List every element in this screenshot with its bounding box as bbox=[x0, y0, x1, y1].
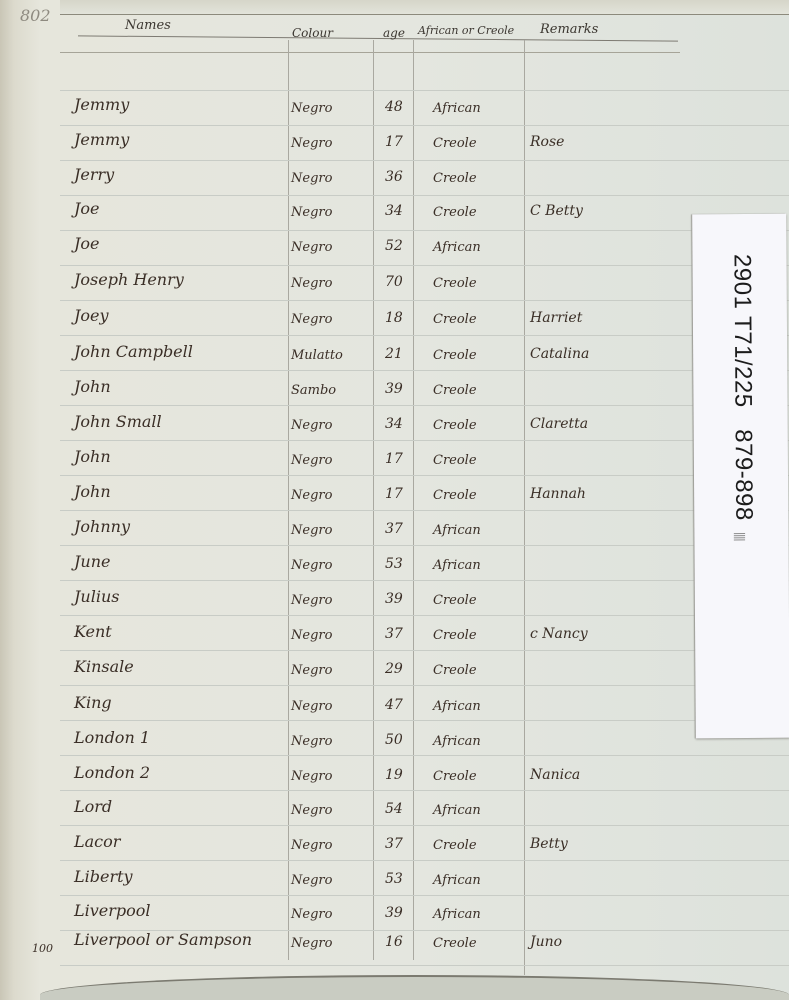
name-cell: King bbox=[74, 693, 112, 712]
colour-cell: Negro bbox=[291, 523, 332, 538]
table-row: 100Liverpool or SampsonNegro16CreoleJuno bbox=[0, 930, 789, 964]
name-cell: Liverpool bbox=[74, 901, 151, 920]
origin-cell: African bbox=[433, 803, 481, 818]
table-row: JohnNegro17CreoleHannah bbox=[0, 482, 789, 516]
page-bottom-edge bbox=[40, 975, 789, 1000]
table-row: John CampbellMulatto21CreoleCatalina bbox=[0, 342, 789, 376]
name-cell: Liverpool or Sampson bbox=[74, 930, 252, 949]
table-row: KentNegro37Creolec Nancy bbox=[0, 622, 789, 656]
origin-cell: Creole bbox=[433, 663, 477, 678]
page-top-edge bbox=[60, 0, 789, 15]
colour-cell: Negro bbox=[291, 136, 332, 151]
header-underline bbox=[60, 52, 680, 53]
age-cell: 39 bbox=[385, 905, 403, 921]
table-row: John SmallNegro34CreoleClaretta bbox=[0, 412, 789, 446]
ruled-line bbox=[60, 90, 789, 91]
name-cell: London 1 bbox=[74, 728, 150, 747]
origin-cell: Creole bbox=[433, 136, 477, 151]
name-cell: June bbox=[74, 552, 111, 571]
colour-cell: Negro bbox=[291, 628, 332, 643]
ledger-page: 802 Names Colour age African or Creole R… bbox=[0, 0, 789, 1000]
age-cell: 34 bbox=[385, 416, 403, 432]
age-cell: 34 bbox=[385, 203, 403, 219]
colour-cell: Negro bbox=[291, 803, 332, 818]
table-row: KingNegro47African bbox=[0, 693, 789, 727]
name-cell: Johnny bbox=[74, 517, 130, 536]
table-row: JohnNegro17Creole bbox=[0, 447, 789, 481]
remarks-cell: Harriet bbox=[530, 310, 582, 326]
archive-reference: 2901 T71/225 bbox=[728, 254, 756, 408]
age-cell: 18 bbox=[385, 310, 403, 326]
name-cell: John Campbell bbox=[74, 342, 193, 361]
table-row: LordNegro54African bbox=[0, 797, 789, 831]
origin-cell: Creole bbox=[433, 418, 477, 433]
origin-cell: Creole bbox=[433, 628, 477, 643]
colour-cell: Negro bbox=[291, 171, 332, 186]
origin-cell: Creole bbox=[433, 348, 477, 363]
header-origin: African or Creole bbox=[418, 24, 514, 37]
age-cell: 53 bbox=[385, 871, 403, 887]
age-cell: 50 bbox=[385, 732, 403, 748]
origin-cell: Creole bbox=[433, 769, 477, 784]
colour-cell: Negro bbox=[291, 558, 332, 573]
page-number: 802 bbox=[20, 6, 51, 25]
colour-cell: Negro bbox=[291, 663, 332, 678]
colour-cell: Negro bbox=[291, 488, 332, 503]
table-row: JerryNegro36Creole bbox=[0, 165, 789, 199]
name-cell: Jemmy bbox=[74, 130, 129, 149]
colour-cell: Negro bbox=[291, 936, 332, 951]
age-cell: 37 bbox=[385, 626, 403, 642]
remarks-cell: Juno bbox=[530, 934, 562, 950]
age-cell: 29 bbox=[385, 661, 403, 677]
ruled-line bbox=[60, 965, 789, 966]
name-cell: John bbox=[74, 377, 111, 396]
name-cell: Lacor bbox=[74, 832, 120, 851]
age-cell: 17 bbox=[385, 451, 403, 467]
colour-cell: Negro bbox=[291, 453, 332, 468]
colour-cell: Negro bbox=[291, 873, 332, 888]
archive-label-text: 2901 T71/225 879-898 |||| bbox=[727, 254, 757, 541]
origin-cell: Creole bbox=[433, 205, 477, 220]
archive-label-card: 2901 T71/225 879-898 |||| bbox=[692, 214, 789, 739]
colour-cell: Negro bbox=[291, 240, 332, 255]
name-cell: John bbox=[74, 482, 111, 501]
colour-cell: Negro bbox=[291, 907, 332, 922]
name-cell: London 2 bbox=[74, 763, 150, 782]
origin-cell: Creole bbox=[433, 276, 477, 291]
table-row: JemmyNegro48African bbox=[0, 95, 789, 129]
remarks-cell: Claretta bbox=[530, 416, 588, 432]
header-names: Names bbox=[125, 18, 171, 33]
name-cell: John bbox=[74, 447, 111, 466]
colour-cell: Negro bbox=[291, 593, 332, 608]
remarks-cell: Rose bbox=[530, 134, 564, 150]
origin-cell: Creole bbox=[433, 593, 477, 608]
name-cell: Joe bbox=[74, 199, 100, 218]
table-row: London 2Negro19CreoleNanica bbox=[0, 763, 789, 797]
table-row: JuliusNegro39Creole bbox=[0, 587, 789, 621]
remarks-cell: Nanica bbox=[530, 767, 580, 783]
colour-cell: Mulatto bbox=[291, 348, 343, 363]
age-cell: 37 bbox=[385, 836, 403, 852]
origin-cell: Creole bbox=[433, 171, 477, 186]
remarks-cell: Betty bbox=[530, 836, 568, 852]
colour-cell: Negro bbox=[291, 734, 332, 749]
colour-cell: Negro bbox=[291, 312, 332, 327]
colour-cell: Negro bbox=[291, 699, 332, 714]
entry-number: 100 bbox=[32, 942, 53, 955]
age-cell: 19 bbox=[385, 767, 403, 783]
age-cell: 39 bbox=[385, 381, 403, 397]
name-cell: Jerry bbox=[74, 165, 114, 184]
table-row: LibertyNegro53African bbox=[0, 867, 789, 901]
age-cell: 17 bbox=[385, 134, 403, 150]
age-cell: 48 bbox=[385, 99, 403, 115]
origin-cell: African bbox=[433, 873, 481, 888]
age-cell: 39 bbox=[385, 591, 403, 607]
remarks-cell: c Nancy bbox=[530, 626, 588, 642]
age-cell: 47 bbox=[385, 697, 403, 713]
colour-cell: Negro bbox=[291, 769, 332, 784]
name-cell: Jemmy bbox=[74, 95, 129, 114]
colour-cell: Sambo bbox=[291, 383, 336, 398]
name-cell: Kent bbox=[74, 622, 112, 641]
age-cell: 53 bbox=[385, 556, 403, 572]
origin-cell: African bbox=[433, 558, 481, 573]
age-cell: 54 bbox=[385, 801, 403, 817]
name-cell: Lord bbox=[74, 797, 112, 816]
remarks-cell: C Betty bbox=[530, 203, 583, 219]
header-age: age bbox=[383, 26, 405, 40]
table-row: JoeNegro52African bbox=[0, 234, 789, 268]
age-cell: 36 bbox=[385, 169, 403, 185]
origin-cell: Creole bbox=[433, 383, 477, 398]
table-row: KinsaleNegro29Creole bbox=[0, 657, 789, 691]
table-row: JoeyNegro18CreoleHarriet bbox=[0, 306, 789, 340]
origin-cell: Creole bbox=[433, 936, 477, 951]
age-cell: 37 bbox=[385, 521, 403, 537]
origin-cell: Creole bbox=[433, 453, 477, 468]
table-row: JoeNegro34CreoleC Betty bbox=[0, 199, 789, 233]
colour-cell: Negro bbox=[291, 101, 332, 116]
table-row: Joseph HenryNegro70Creole bbox=[0, 270, 789, 304]
age-cell: 70 bbox=[385, 274, 403, 290]
colour-cell: Negro bbox=[291, 276, 332, 291]
remarks-cell: Catalina bbox=[530, 346, 589, 362]
origin-cell: African bbox=[433, 101, 481, 116]
name-cell: Julius bbox=[74, 587, 119, 606]
origin-cell: Creole bbox=[433, 312, 477, 327]
header-remarks: Remarks bbox=[540, 22, 598, 37]
origin-cell: African bbox=[433, 907, 481, 922]
name-cell: Joey bbox=[74, 306, 109, 325]
name-cell: Kinsale bbox=[74, 657, 134, 676]
name-cell: Joseph Henry bbox=[74, 270, 184, 289]
colour-cell: Negro bbox=[291, 205, 332, 220]
colour-cell: Negro bbox=[291, 838, 332, 853]
age-cell: 21 bbox=[385, 346, 403, 362]
table-row: JohnSambo39Creole bbox=[0, 377, 789, 411]
table-row: London 1Negro50African bbox=[0, 728, 789, 762]
colour-cell: Negro bbox=[291, 418, 332, 433]
age-cell: 52 bbox=[385, 238, 403, 254]
table-row: JemmyNegro17CreoleRose bbox=[0, 130, 789, 164]
header-colour: Colour bbox=[292, 26, 333, 40]
table-row: JuneNegro53African bbox=[0, 552, 789, 586]
age-cell: 17 bbox=[385, 486, 403, 502]
tick-marks: |||| bbox=[733, 532, 747, 541]
name-cell: John Small bbox=[74, 412, 162, 431]
origin-cell: African bbox=[433, 699, 481, 714]
name-cell: Joe bbox=[74, 234, 100, 253]
name-cell: Liberty bbox=[74, 867, 133, 886]
archive-range: 879-898 bbox=[730, 429, 758, 521]
table-row: JohnnyNegro37African bbox=[0, 517, 789, 551]
origin-cell: Creole bbox=[433, 838, 477, 853]
origin-cell: Creole bbox=[433, 488, 477, 503]
age-cell: 16 bbox=[385, 934, 403, 950]
origin-cell: African bbox=[433, 523, 481, 538]
remarks-cell: Hannah bbox=[530, 486, 586, 502]
origin-cell: African bbox=[433, 734, 481, 749]
origin-cell: African bbox=[433, 240, 481, 255]
table-row: LacorNegro37CreoleBetty bbox=[0, 832, 789, 866]
